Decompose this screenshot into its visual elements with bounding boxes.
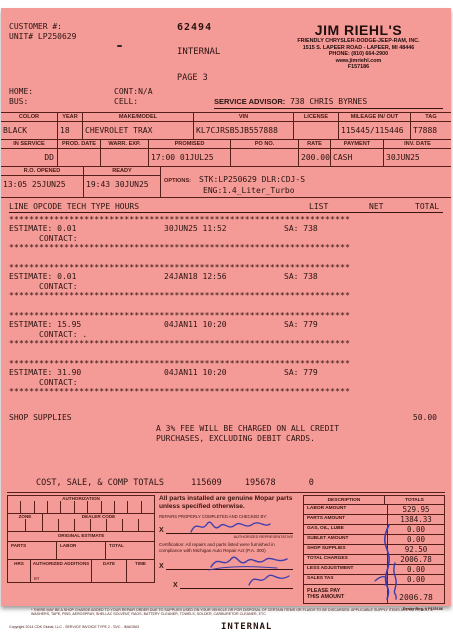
estimate-block: ****************************************… xyxy=(1,215,451,252)
sales-tax-value: 0.00 xyxy=(388,575,444,584)
zone-group: ZONE xyxy=(8,514,43,531)
estimate-amount: ESTIMATE: 0.01 xyxy=(9,224,164,234)
rate-value: 200.00 xyxy=(299,149,330,163)
totals-header: TOTALS xyxy=(385,496,444,504)
estimate-datetime: 30JUN25 11:52 xyxy=(164,224,284,234)
options-cell: OPTIONS:STK:LP250629 DLR:CDJ-S ENG:1.4_L… xyxy=(161,167,451,197)
totals-column: DESCRIPTION TOTALS LABOR AMOUNT529.95 PA… xyxy=(297,495,445,604)
ready-label: READY xyxy=(84,167,160,176)
payment-cell: PAYMENTCASH xyxy=(331,140,384,166)
color-label: COLOR xyxy=(1,113,57,122)
credit-fee-line2: PURCHASES, EXCLUDING DEBIT CARDS. xyxy=(156,434,451,444)
separator-line: ****************************************… xyxy=(1,387,451,396)
in-service-label: IN SERVICE xyxy=(1,140,57,149)
year-label: YEAR xyxy=(58,113,82,122)
estimates-section: ****************************************… xyxy=(1,215,451,396)
authorized-rep-signature-line: X xyxy=(159,527,293,534)
please-pay-value: 2006.78 xyxy=(388,585,444,603)
po-no-cell: PO NO. xyxy=(231,140,299,166)
repairs-checked-statement: REPAIRS PROPERLY COMPLETED AND CHECKED B… xyxy=(159,514,293,519)
shop-supplies-total-value: 92.50 xyxy=(388,545,444,554)
estimate-amount: ESTIMATE: 31.90 xyxy=(9,368,164,378)
repair-order-number: 62494 xyxy=(177,22,274,33)
invoice-header: CUSTOMER #: UNIT# LP250629 62494 INTERNA… xyxy=(1,8,451,83)
estimate-row: ESTIMATE: 0.01 30JUN25 11:52 SA: 738 xyxy=(1,224,451,234)
auth-box xyxy=(35,501,48,513)
dealer-code-box xyxy=(59,519,75,531)
promised-value: 17:00 01JUL25 xyxy=(149,149,230,163)
dealer-phone: PHONE: (810) 664-2900 xyxy=(274,51,443,58)
service-row: IN SERVICEDD PROD. DATE WARR. EXP. PROMI… xyxy=(1,139,451,166)
estimate-block: ****************************************… xyxy=(1,311,451,348)
sublet-amount-value: 0.00 xyxy=(388,535,444,544)
cont-value: CONT:N/A xyxy=(114,87,214,97)
zone-boxes xyxy=(8,519,42,531)
prod-date-cell: PROD. DATE xyxy=(58,140,101,166)
make-model-label: MAKE/MODEL xyxy=(83,113,193,122)
auth-box xyxy=(115,501,128,513)
separator-line: ****************************************… xyxy=(1,359,451,368)
ready-value: 19:43 30JUN25 xyxy=(84,176,160,190)
time-label: TIME xyxy=(127,560,154,582)
in-service-value: DD xyxy=(1,149,57,163)
separator-line: ****************************************… xyxy=(1,311,451,320)
customer-number-label: CUSTOMER #: xyxy=(9,22,159,32)
estimate-datetime: 24JAN18 12:56 xyxy=(164,272,284,282)
cell-label: CELL: xyxy=(114,97,214,109)
authorization-grid: AUTHORIZATION ZONE DEALER CODE ORIGINAL … xyxy=(7,495,155,604)
estimate-contact: CONTACT: xyxy=(1,378,451,387)
vehicle-info-table: COLORBLACK YEAR18 MAKE/MODELCHEVROLET TR… xyxy=(1,112,451,198)
estimate-block: ****************************************… xyxy=(1,263,451,300)
ro-opened-cell: R.O. OPENED13:05 25JUN25 xyxy=(1,167,84,197)
mileage-label: MILEAGE IN/ OUT xyxy=(339,113,410,122)
home-label: HOME: xyxy=(9,87,114,97)
footer: Copyright 2014 CDK Global, LLC - SERVICE… xyxy=(9,622,443,632)
separator-line: ****************************************… xyxy=(1,291,451,300)
estimate-contact: CONTACT: xyxy=(1,282,451,291)
ready-cell: READY19:43 30JUN25 xyxy=(84,167,161,197)
dealer-code-box xyxy=(139,519,154,531)
ro-opened-label: R.O. OPENED xyxy=(1,167,83,176)
dealer-code-box xyxy=(91,519,107,531)
inv-date-value: 30JUN25 xyxy=(384,149,451,163)
prod-date-label: PROD. DATE xyxy=(58,140,100,149)
auth-box xyxy=(102,501,115,513)
bus-label: BUS: xyxy=(9,97,114,109)
gas-oil-lube-label: GAS, OIL, LUBE xyxy=(304,525,388,534)
authorization-form: AUTHORIZATION ZONE DEALER CODE ORIGINAL … xyxy=(7,492,445,604)
dealer-code-box xyxy=(107,519,123,531)
warr-exp-value xyxy=(101,149,148,154)
sales-tax-label: SALES TAX xyxy=(304,575,388,584)
totals-row: TOTAL CHARGES2006.78 xyxy=(304,555,444,565)
authorized-additions-cell: AUTHORIZED ADDITIONS BY xyxy=(31,560,92,582)
sale-total: 195678 xyxy=(245,478,276,488)
ro-opened-value: 13:05 25JUN25 xyxy=(1,176,83,190)
fine-print: * THERE MAY BE A SHOP CHARGE ADDED TO YO… xyxy=(31,608,441,617)
cost-sale-label: COST, SALE, & COMP TOTALS xyxy=(36,478,164,488)
credit-fee-notice: A 3% FEE WILL BE CHARGED ON ALL CREDIT P… xyxy=(1,424,451,444)
spacer xyxy=(214,87,443,97)
list-column-label: LIST xyxy=(309,202,369,211)
estimate-sa: SA: 779 xyxy=(284,368,451,378)
auth-box xyxy=(8,501,21,513)
original-estimate-label: ORIGINAL ESTIMATE xyxy=(7,532,155,542)
prod-date-value xyxy=(58,149,100,154)
promised-label: PROMISED xyxy=(149,140,230,149)
authorization-band: AUTHORIZATION xyxy=(7,495,155,514)
dealer-subtitle: FRIENDLY CHRYSLER-DODGE-JEEP-RAM, INC. xyxy=(274,38,443,45)
service-invoice-paper: CUSTOMER #: UNIT# LP250629 62494 INTERNA… xyxy=(1,8,451,606)
labor-label: LABOR xyxy=(57,542,106,559)
auth-box xyxy=(75,501,88,513)
totals-row: SUBLET AMOUNT0.00 xyxy=(304,535,444,545)
total-charges-label: TOTAL CHARGES xyxy=(304,555,388,564)
auth-box xyxy=(128,501,141,513)
parts-amount-label: PARTS AMOUNT xyxy=(304,515,388,524)
signature-rule xyxy=(166,568,293,570)
service-advisor-value: 738 CHRIS BYRNES xyxy=(290,97,367,106)
unit-number: UNIT# LP250629 xyxy=(9,32,159,42)
totals-row: LABOR AMOUNT529.95 xyxy=(304,505,444,515)
estimate-row: ESTIMATE: 31.90 04JAN11 10:20 SA: 779 xyxy=(1,368,451,378)
separator-line: ****************************************… xyxy=(1,339,451,348)
year-cell: YEAR18 xyxy=(58,113,83,139)
cost-total: 115609 xyxy=(191,478,222,488)
certification-column: All parts installed are genuine Mopar pa… xyxy=(155,495,297,604)
totals-header-row: DESCRIPTION TOTALS xyxy=(304,496,444,505)
payment-label: PAYMENT xyxy=(331,140,383,149)
vehicle-row: COLORBLACK YEAR18 MAKE/MODELCHEVROLET TR… xyxy=(1,113,451,139)
dealer-code-group: DEALER CODE xyxy=(43,514,154,531)
contact-section: HOME: CONT:N/A BUS: CELL: SERVICE ADVISO… xyxy=(1,83,451,109)
authorization-boxes xyxy=(8,501,154,513)
shop-supplies-total-label: SHOP SUPPLIES xyxy=(304,545,388,554)
estimate-contact: CONTACT: xyxy=(1,234,451,243)
authorized-additions-row: HRS AUTHORIZED ADDITIONS BY DATE TIME xyxy=(7,560,155,583)
auth-box xyxy=(48,501,61,513)
less-adjustment-label: LESS ADJUSTMENT xyxy=(304,565,388,574)
options-stk-dlr: STK:LP250629 DLR:CDJ-S xyxy=(191,175,305,184)
dealer-code-boxes xyxy=(43,519,154,531)
mileage-cell: MILEAGE IN/ OUT115445/115446 xyxy=(339,113,411,139)
zone-box xyxy=(26,519,43,531)
dealer-address: 1515 S. LAPEER ROAD - LAPEER, MI 48446 xyxy=(274,45,443,52)
pen-mark xyxy=(117,45,122,47)
dealer-reg-number: Dealer Reg. # F135186 xyxy=(403,607,443,611)
estimate-row: ESTIMATE: 15.95 04JAN11 10:20 SA: 779 xyxy=(1,320,451,330)
color-value: BLACK xyxy=(1,122,57,136)
gas-oil-lube-value: 0.00 xyxy=(388,525,444,534)
line-items-header: LINE OPCODE TECH TYPE HOURS LIST NET TOT… xyxy=(9,202,443,213)
estimate-sa: SA: 738 xyxy=(284,224,451,234)
x-mark: X xyxy=(159,563,164,570)
customer-signature-line: X xyxy=(159,563,293,570)
options-engine: ENG:1.4_Liter_Turbo xyxy=(161,186,451,195)
make-model-value: CHEVROLET TRAX xyxy=(83,122,193,136)
ro-opened-row: R.O. OPENED13:05 25JUN25 READY19:43 30JU… xyxy=(1,166,451,197)
warr-exp-cell: WARR. EXP. xyxy=(101,140,149,166)
internal-footer-stamp: INTERNAL xyxy=(221,622,272,632)
customer-block: CUSTOMER #: UNIT# LP250629 xyxy=(9,22,159,83)
make-model-cell: MAKE/MODELCHEVROLET TRAX xyxy=(83,113,194,139)
tag-cell: TAGT7888 xyxy=(411,113,451,139)
date-label: DATE xyxy=(92,560,127,582)
certification-statement: Certification: All repairs and parts lis… xyxy=(159,542,293,553)
estimate-datetime: 04JAN11 10:20 xyxy=(164,368,284,378)
warr-exp-label: WARR. EXP. xyxy=(101,140,148,149)
net-column-label: NET xyxy=(369,202,415,211)
po-no-value xyxy=(231,149,298,154)
cost-sale-comp-totals: COST, SALE, & COMP TOTALS 115609 195678 … xyxy=(36,478,451,488)
parts-label: PARTS xyxy=(8,542,57,559)
internal-stamp: INTERNAL xyxy=(177,47,274,57)
totals-table: DESCRIPTION TOTALS LABOR AMOUNT529.95 PA… xyxy=(303,495,445,604)
separator-line: ****************************************… xyxy=(1,263,451,272)
labor-amount-label: LABOR AMOUNT xyxy=(304,505,388,514)
year-value: 18 xyxy=(58,122,82,136)
parts-amount-value: 1384.33 xyxy=(388,515,444,524)
service-advisor: SERVICE ADVISOR: 738 CHRIS BYRNES xyxy=(214,97,443,109)
x-mark: X xyxy=(173,582,178,589)
dealer-code-box xyxy=(75,519,91,531)
totals-row: GAS, OIL, LUBE0.00 xyxy=(304,525,444,535)
promised-cell: PROMISED17:00 01JUL25 xyxy=(149,140,231,166)
page-number: PAGE 3 xyxy=(177,73,274,83)
auth-box xyxy=(88,501,101,513)
signature-authorized-rep xyxy=(187,517,273,537)
signature-rule xyxy=(180,587,293,589)
authorized-additions-label: AUTHORIZED ADDITIONS xyxy=(33,561,89,566)
rate-cell: RATE200.00 xyxy=(299,140,331,166)
estimate-amount: ESTIMATE: 15.95 xyxy=(9,320,164,330)
dealer-name: JIM RIEHL'S xyxy=(274,22,443,38)
inv-date-cell: INV. DATE30JUN25 xyxy=(384,140,451,166)
dealer-block: JIM RIEHL'S FRIENDLY CHRYSLER-DODGE-JEEP… xyxy=(274,22,443,83)
shop-charge-disclaimer: * THERE MAY BE A SHOP CHARGE ADDED TO YO… xyxy=(31,608,433,616)
license-cell: LICENSE xyxy=(294,113,339,139)
license-value xyxy=(294,122,338,127)
total-column-label: TOTAL xyxy=(415,202,439,211)
estimate-row: ESTIMATE: 0.01 24JAN18 12:56 SA: 738 xyxy=(1,272,451,282)
sublet-amount-label: SUBLET AMOUNT xyxy=(304,535,388,544)
total-label: TOTAL xyxy=(106,542,154,559)
dealer-website: www.jimriehl.com xyxy=(274,58,443,65)
please-pay-line2: THIS AMOUNT xyxy=(307,594,387,600)
zone-dealer-band: ZONE DEALER CODE xyxy=(7,514,155,532)
signature-rule xyxy=(166,532,293,534)
please-pay-row: PLEASE PAY THIS AMOUNT 2006.78 xyxy=(304,585,444,603)
less-adjustment-value: 0.00 xyxy=(388,565,444,574)
authorized-representative-label: AUTHORIZED REPRESENTATIVE xyxy=(159,535,293,539)
totals-row: SHOP SUPPLIES92.50 xyxy=(304,545,444,555)
comp-total: 0 xyxy=(309,478,314,488)
totals-row: LESS ADJUSTMENT0.00 xyxy=(304,565,444,575)
total-charges-value: 2006.78 xyxy=(388,555,444,564)
parts-labor-total-row: PARTS LABOR TOTAL xyxy=(7,542,155,560)
vin-cell: VINKL7CJRSB5JB557888 xyxy=(194,113,294,139)
shop-supplies-label: SHOP SUPPLIES xyxy=(9,413,377,422)
please-pay-label: PLEASE PAY THIS AMOUNT xyxy=(304,585,388,603)
vin-label: VIN xyxy=(194,113,293,122)
by-label: BY xyxy=(34,576,40,581)
auth-box xyxy=(142,501,154,513)
tag-label: TAG xyxy=(411,113,451,122)
color-cell: COLORBLACK xyxy=(1,113,58,139)
dealer-code-number: F157186 xyxy=(274,64,443,71)
estimate-sa: SA: 738 xyxy=(284,272,451,282)
shop-supplies-row: SHOP SUPPLIES 50.00 xyxy=(1,407,451,422)
line-columns-label: LINE OPCODE TECH TYPE HOURS xyxy=(9,202,309,211)
rate-label: RATE xyxy=(299,140,330,149)
dealer-code-box xyxy=(123,519,139,531)
inv-date-label: INV. DATE xyxy=(384,140,451,149)
description-header: DESCRIPTION xyxy=(304,496,385,504)
totals-row: SALES TAX0.00 xyxy=(304,575,444,585)
po-no-label: PO NO. xyxy=(231,140,298,149)
zone-box xyxy=(8,519,26,531)
service-advisor-label: SERVICE ADVISOR: xyxy=(214,97,285,106)
estimate-sa: SA: 779 xyxy=(284,320,451,330)
copyright-line: Copyright 2014 CDK Global, LLC - SERVICE… xyxy=(9,625,199,629)
separator-line: ****************************************… xyxy=(1,215,451,224)
credit-fee-line1: A 3% FEE WILL BE CHARGED ON ALL CREDIT xyxy=(156,424,451,434)
totals-row: PARTS AMOUNT1384.33 xyxy=(304,515,444,525)
in-service-cell: IN SERVICEDD xyxy=(1,140,58,166)
dealer-code-box xyxy=(43,519,59,531)
estimate-contact: CONTACT: . xyxy=(1,330,451,339)
auth-box xyxy=(21,501,34,513)
estimate-datetime: 04JAN11 10:20 xyxy=(164,320,284,330)
license-label: LICENSE xyxy=(294,113,338,122)
payment-value: CASH xyxy=(331,149,383,163)
auth-box xyxy=(61,501,74,513)
hrs-label: HRS xyxy=(8,560,31,582)
ro-block: 62494 INTERNAL PAGE 3 xyxy=(159,22,274,83)
options-label: OPTIONS: xyxy=(161,177,191,184)
mileage-value: 115445/115446 xyxy=(339,122,410,136)
shop-supplies-amount: 50.00 xyxy=(377,413,437,422)
x-mark: X xyxy=(159,527,164,534)
secondary-signature-line: X xyxy=(173,582,293,589)
tag-value: T7888 xyxy=(411,122,451,136)
estimate-amount: ESTIMATE: 0.01 xyxy=(9,272,164,282)
mopar-parts-statement: All parts installed are genuine Mopar pa… xyxy=(159,495,293,510)
vin-value: KL7CJRSB5JB557888 xyxy=(194,122,293,136)
labor-amount-value: 529.95 xyxy=(388,505,444,514)
separator-line: ****************************************… xyxy=(1,243,451,252)
estimate-block: ****************************************… xyxy=(1,359,451,396)
